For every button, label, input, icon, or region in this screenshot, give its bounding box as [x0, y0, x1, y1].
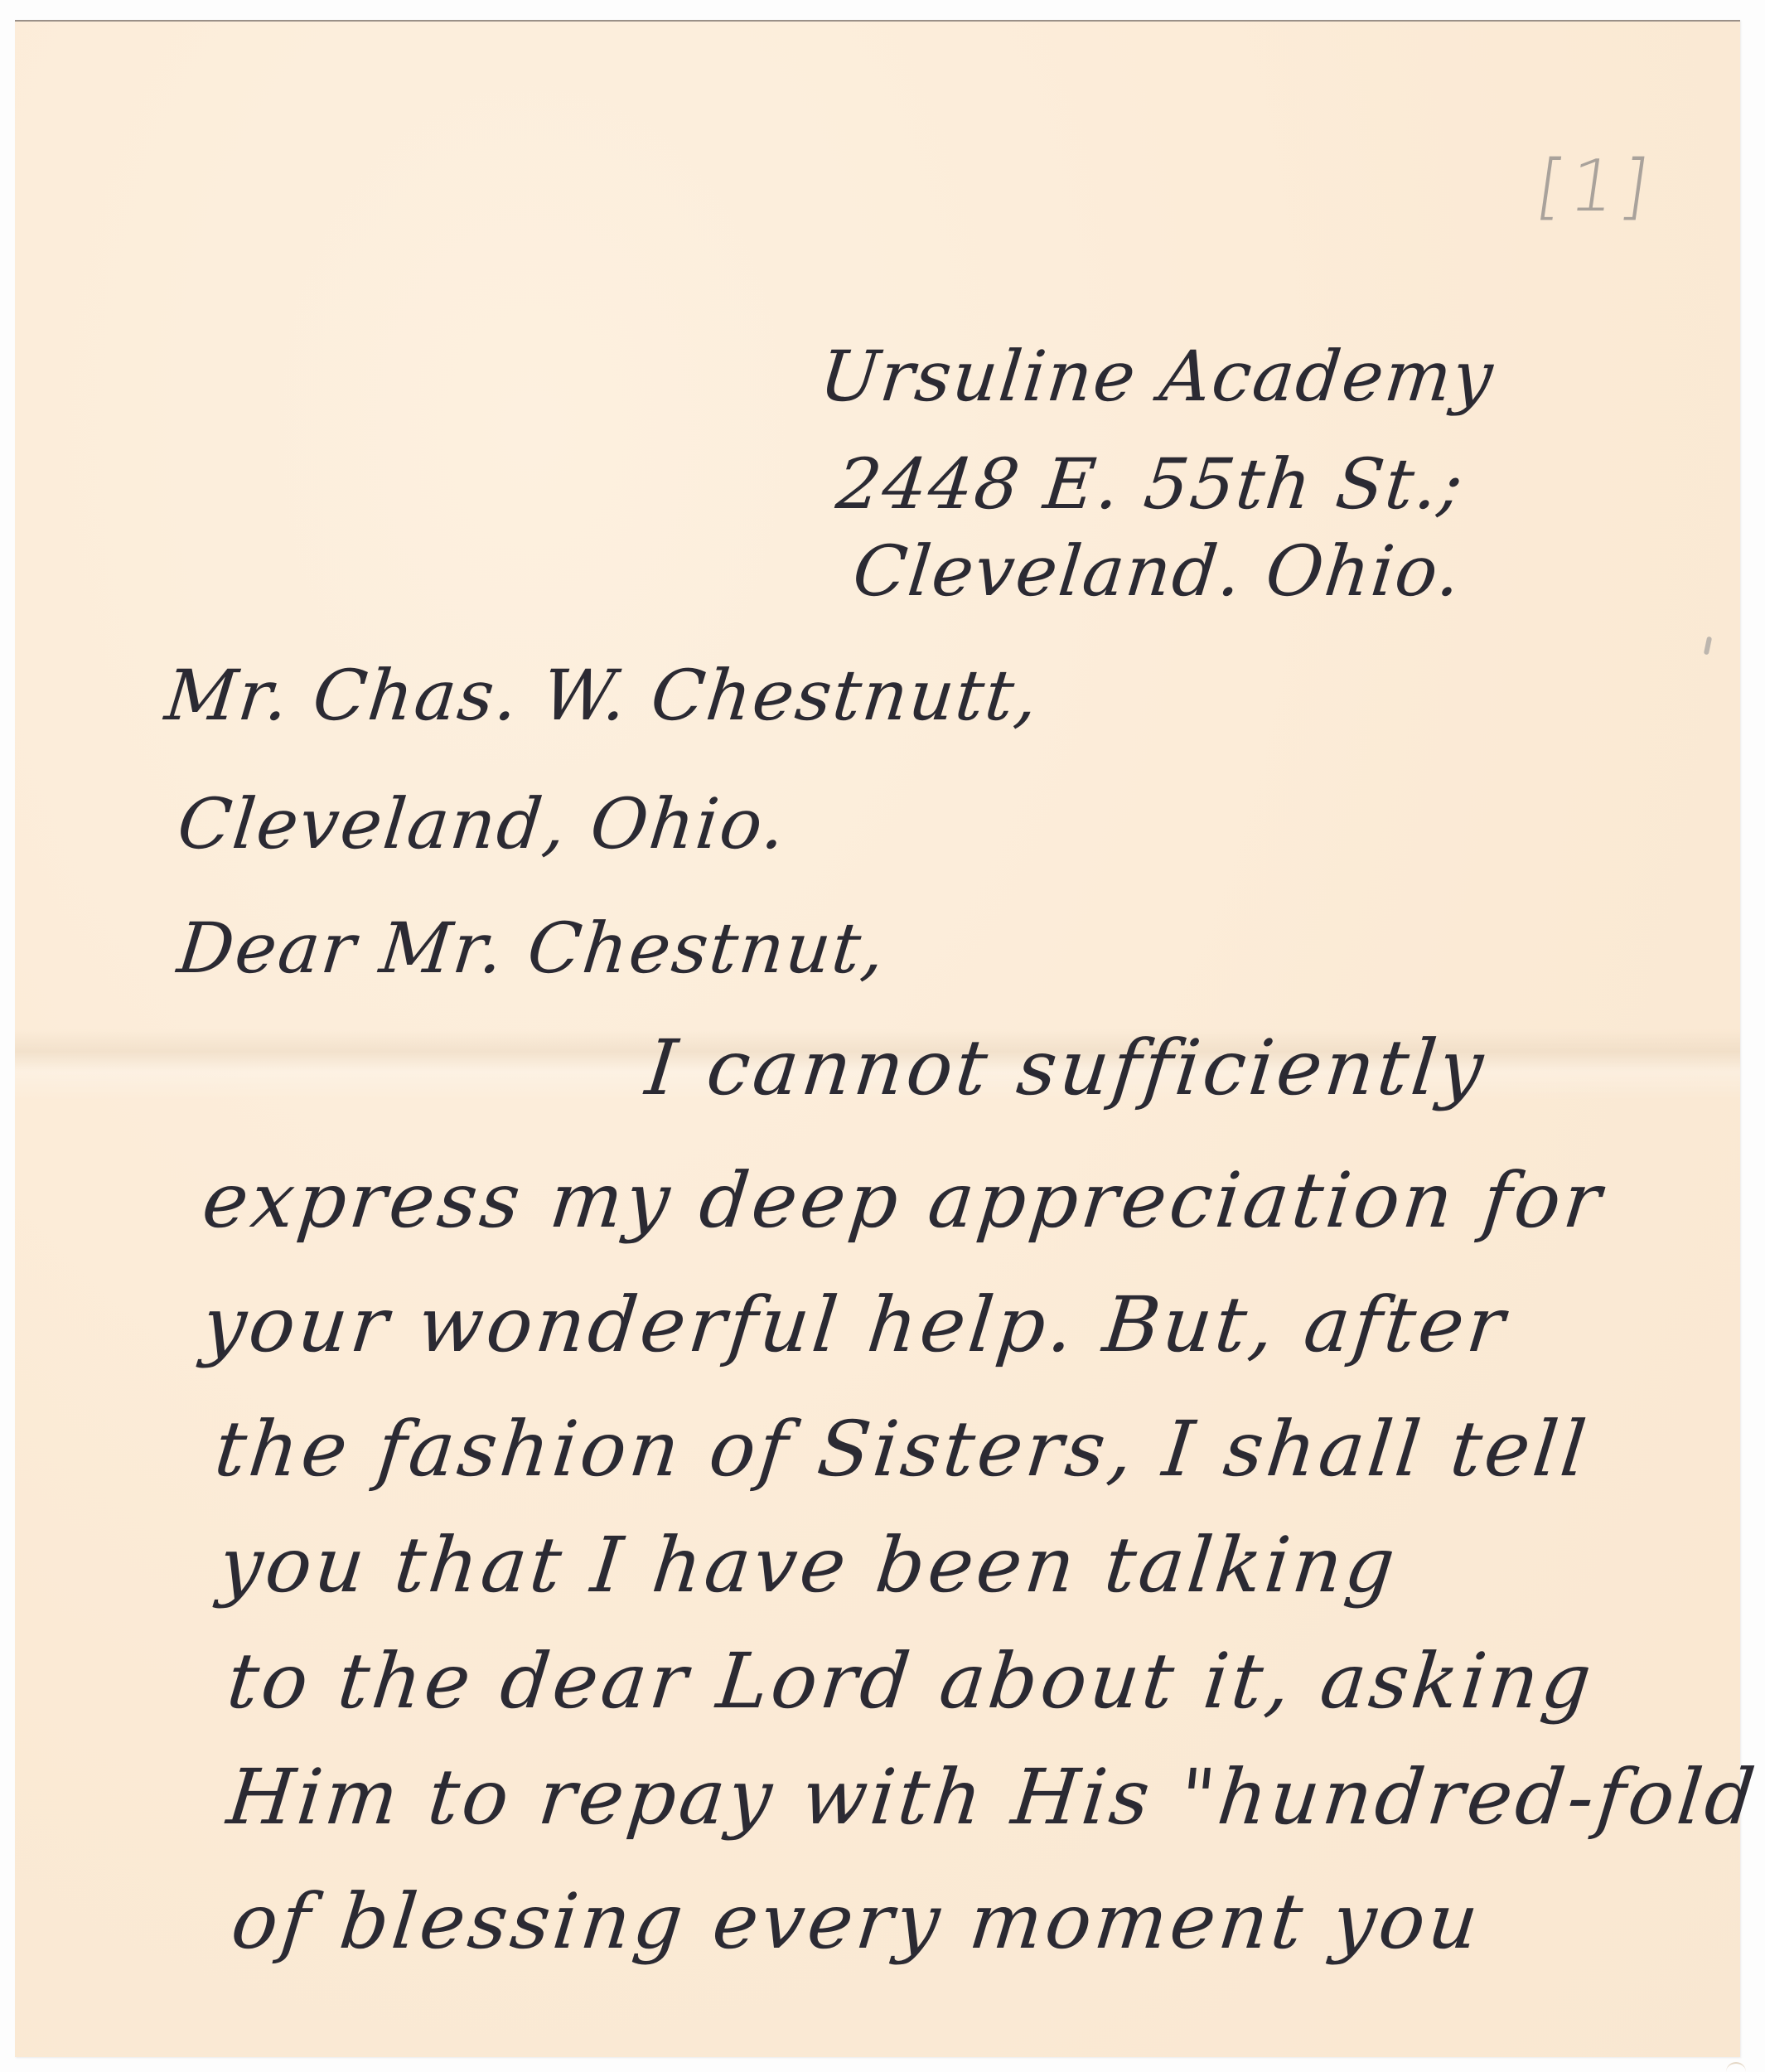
body-line-4: the fashion of Sisters, I shall tell	[210, 1405, 1593, 1493]
body-line-1: I cannot sufficiently	[641, 1024, 1490, 1112]
recipient-city: Cleveland, Ohio.	[174, 783, 791, 864]
salutation: Dear Mr. Chestnut,	[174, 908, 890, 989]
body-line-3: your wonderful help. But, after	[198, 1280, 1511, 1369]
body-line-2: express my deep appreciation for	[198, 1156, 1608, 1245]
recipient-name: Mr. Chas. W. Chestnutt,	[162, 655, 1043, 736]
paper-blemish	[1704, 637, 1712, 656]
page-number-mark: [1]	[1531, 145, 1659, 228]
body-line-6: to the dear Lord about it, asking	[223, 1637, 1598, 1726]
body-line-8: of blessing every moment you	[227, 1877, 1485, 1966]
body-line-7: Him to repay with His "hundred-fold"	[223, 1753, 1765, 1842]
return-address-line-2: 2448 E. 55th St.;	[833, 443, 1468, 525]
paper-edge-chip	[1726, 2062, 1746, 2072]
body-line-5: you that I have been talking	[215, 1521, 1402, 1610]
return-address-line-1: Ursuline Academy	[816, 336, 1498, 417]
return-address-line-3: Cleveland. Ohio.	[849, 530, 1466, 612]
